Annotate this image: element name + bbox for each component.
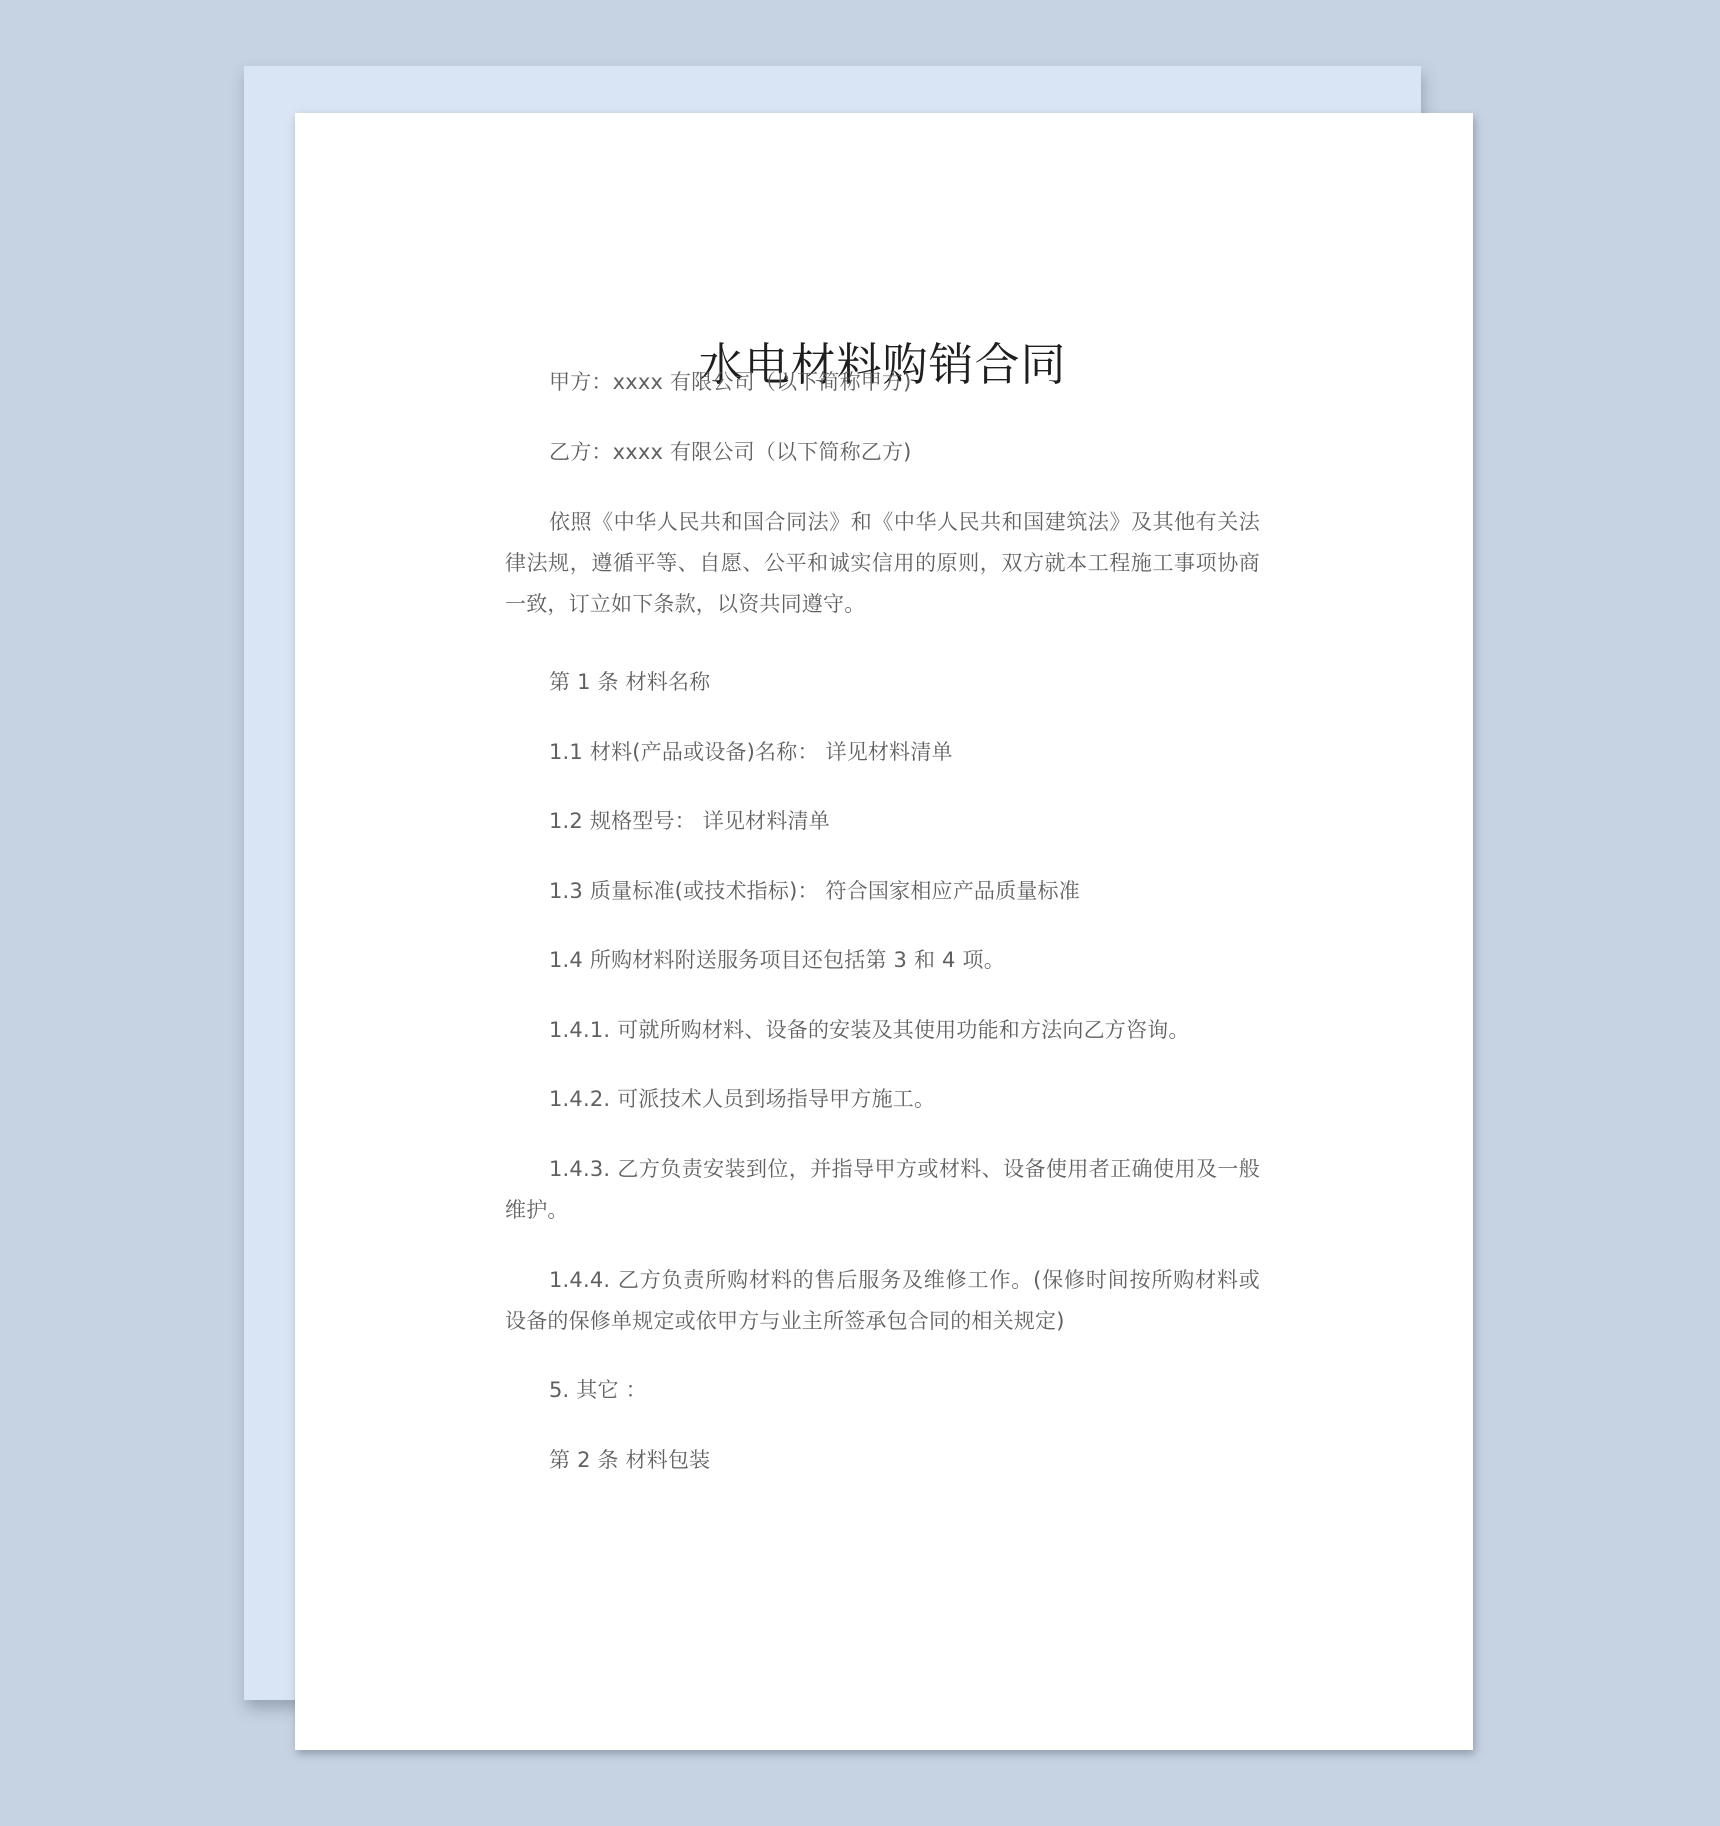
clause-5: 5. 其它 ： [505,1370,1260,1411]
clause-1-4: 1.4 所购材料附送服务项目还包括第 3 和 4 项。 [505,940,1260,981]
clause-1-4-4: 1.4.4. 乙方负责所购材料的售后服务及维修工作。(保修时间按所购材料或设备的… [505,1260,1260,1342]
article-2-heading: 第 2 条 材料包装 [505,1440,1260,1481]
party-b-line: 乙方：xxxx 有限公司（以下简称乙方) [505,432,1260,473]
clause-1-1: 1.1 材料(产品或设备)名称： 详见材料清单 [505,732,1260,773]
clause-1-4-1: 1.4.1. 可就所购材料、设备的安装及其使用功能和方法向乙方咨询。 [505,1010,1260,1051]
document-page: 水电材料购销合同 甲方：xxxx 有限公司（以下简称甲方) 乙方：xxxx 有限… [295,113,1473,1750]
clause-1-2: 1.2 规格型号： 详见材料清单 [505,801,1260,842]
preamble-paragraph: 依照《中华人民共和国合同法》和《中华人民共和国建筑法》及其他有关法律法规，遵循平… [505,502,1260,625]
clause-1-3: 1.3 质量标准(或技术指标)： 符合国家相应产品质量标准 [505,871,1260,912]
clause-1-4-3: 1.4.3. 乙方负责安装到位，并指导甲方或材料、设备使用者正确使用及一般维护。 [505,1149,1260,1231]
party-a-line: 甲方：xxxx 有限公司（以下简称甲方) [505,362,1260,403]
clause-1-4-2: 1.4.2. 可派技术人员到场指导甲方施工。 [505,1079,1260,1120]
article-1-heading: 第 1 条 材料名称 [505,662,1260,703]
